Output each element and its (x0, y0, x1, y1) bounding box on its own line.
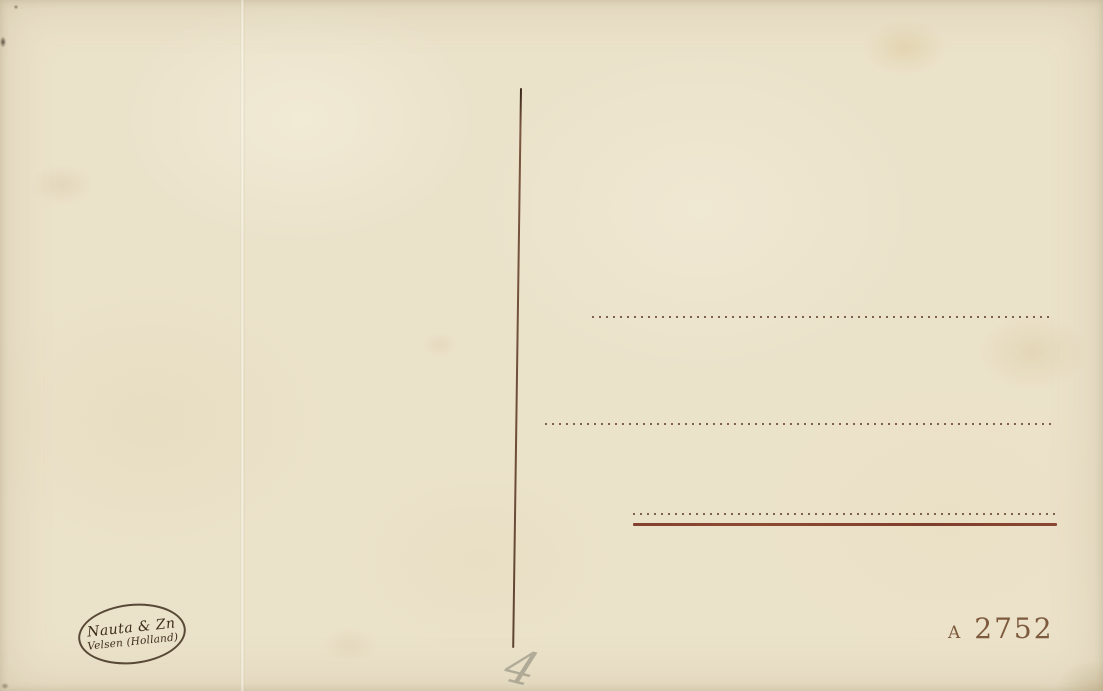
serial-number: A 2752 (948, 612, 1054, 645)
address-line-3 (633, 513, 1055, 515)
center-divider-line (512, 88, 522, 648)
address-line-1 (592, 316, 1052, 318)
address-line-3-underline (633, 523, 1057, 526)
serial-prefix: A (948, 623, 961, 643)
publisher-stamp: Nauta & Zn Velsen (Holland) (75, 599, 189, 670)
address-line-2 (545, 423, 1051, 425)
fold-crease (240, 0, 245, 691)
postcard-back: Nauta & Zn Velsen (Holland) A 2752 4 (0, 0, 1103, 691)
serial-value: 2752 (974, 612, 1053, 645)
handwritten-number: 4 (496, 639, 546, 691)
paper-stains (0, 0, 1103, 691)
